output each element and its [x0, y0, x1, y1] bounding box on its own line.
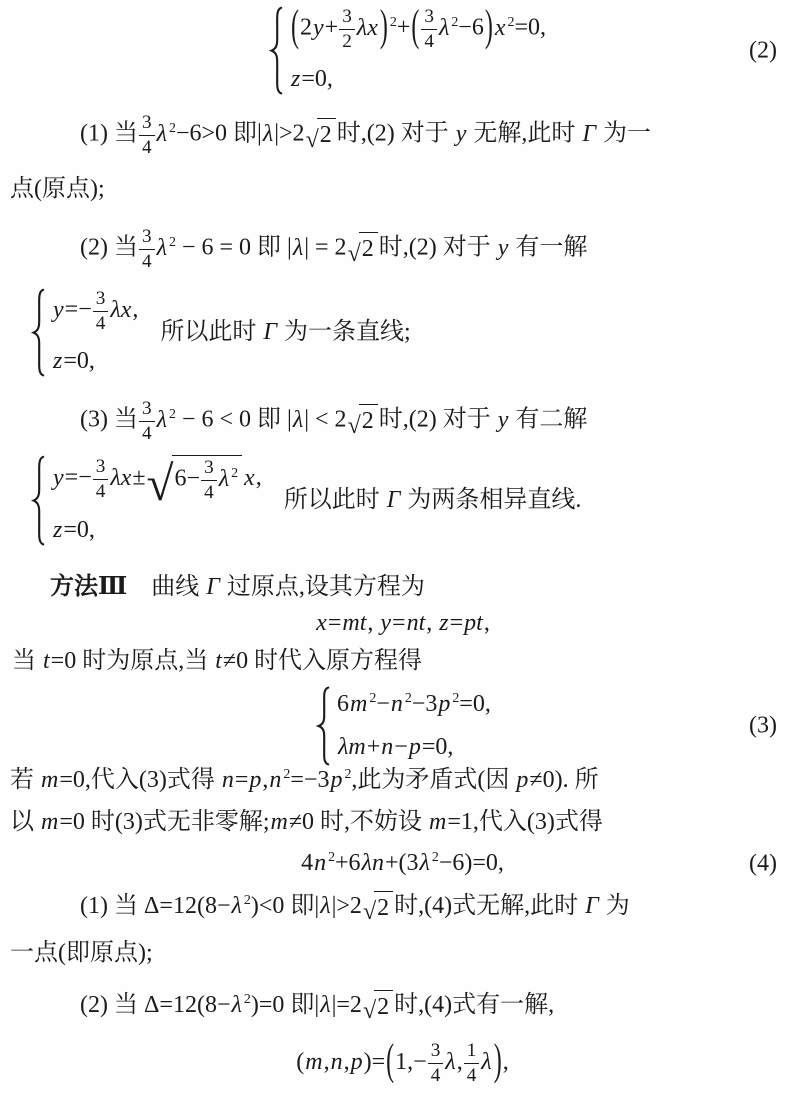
math-variable: t [214, 648, 223, 674]
math-variable: λ [156, 235, 168, 261]
text-line: (2) 当 Δ=12(8−λ2)=0 即|λ|=2√2时,(4)式有一解, [0, 990, 805, 1023]
superscript: 2 [243, 992, 251, 1007]
text-line: 若 m=0,代入(3)式得 n=p,n2=−3p2,此为矛盾式(因 p≠0). … [0, 765, 805, 796]
square-root: √2 [348, 404, 378, 437]
numerator: 3 [428, 1040, 444, 1063]
equation-row: 6m2−n2−3p2=0, [337, 689, 491, 720]
math-variable: λm [337, 734, 367, 760]
superscript: 2 [327, 850, 335, 865]
equation-row: z=0, [290, 64, 333, 95]
cases-equation-system: y=−34λx±√6−34λ2x,z=0,所以此时 Γ 为两条相异直线. [0, 455, 805, 546]
math-variable: n [330, 1049, 344, 1075]
denominator: 4 [421, 29, 437, 53]
math-variable: λ [292, 235, 304, 261]
equation-number: (3) [749, 710, 777, 741]
cases-group: (2y+32λx)2+(34λ2−6)x2=0,z=0, [268, 6, 546, 95]
square-root: √2 [363, 990, 393, 1023]
left-brace-icon [30, 455, 46, 546]
math-variable: n [313, 850, 327, 876]
big-paren: ) [379, 0, 389, 56]
big-paren: ( [385, 1033, 395, 1091]
math-variable: y [497, 235, 510, 261]
math-variable: z [290, 66, 301, 92]
math-variable: n [268, 767, 282, 793]
math-variable: Γ [584, 893, 600, 919]
superscript: 2 [230, 466, 238, 481]
math-variable: n [380, 734, 394, 760]
math-variable: Γ [205, 574, 221, 600]
cases-equation-system: y=−34λx,z=0,所以此时 Γ 为一条直线; [0, 288, 805, 377]
math-variable: p [248, 767, 262, 793]
side-note: 所以此时 Γ 为一条直线; [160, 317, 410, 348]
square-root: √2 [306, 118, 336, 151]
text-line: 方法Ⅲ 曲线 Γ 过原点,设其方程为 [0, 572, 805, 603]
radicand: 2 [374, 891, 393, 924]
left-brace [268, 6, 284, 95]
superscript: 2 [168, 407, 176, 422]
math-variable: λ [230, 992, 242, 1018]
math-variable: λ [438, 15, 450, 41]
math-variable: y [379, 610, 392, 636]
equation-row: z=0, [52, 515, 95, 546]
math-variable: λ [156, 121, 168, 147]
superscript: 2 [404, 691, 412, 706]
math-variable: y [52, 465, 65, 491]
radicand: 2 [317, 118, 336, 151]
denominator: 4 [139, 421, 155, 445]
display-equation: 4n2+6λn+(3λ2−6)=0,(4) [0, 848, 805, 879]
fraction: 34 [93, 456, 109, 502]
big-paren: ( [410, 0, 420, 56]
equation-rows: y=−34λx±√6−34λ2x,z=0, [52, 455, 262, 546]
math-variable: Γ [262, 319, 278, 345]
cases-group: y=−34λx,z=0,所以此时 Γ 为一条直线; [30, 288, 411, 377]
numerator: 3 [139, 226, 155, 249]
denominator: 4 [93, 311, 109, 335]
equation-number: (2) [749, 35, 777, 66]
superscript: 2 [168, 121, 176, 136]
math-variable: λx [109, 465, 132, 491]
superscript: 2 [451, 691, 459, 706]
big-paren: ) [484, 0, 494, 56]
math-variable: p [515, 767, 529, 793]
left-brace-icon [30, 288, 46, 377]
radical-icon: √ [147, 455, 174, 503]
math-variable: λx [109, 297, 132, 323]
math-variable: y [52, 297, 65, 323]
superscript: 2 [431, 850, 439, 865]
big-paren: ( [290, 0, 300, 56]
superscript: 2 [243, 893, 251, 908]
left-brace-icon [315, 686, 331, 766]
math-variable: p [329, 767, 343, 793]
denominator: 4 [428, 1063, 444, 1087]
math-variable: λn [361, 850, 385, 876]
cases-equation-system: (2y+32λx)2+(34λ2−6)x2=0,z=0,(2) [0, 6, 805, 95]
math-variable: y [497, 407, 510, 433]
math-variable: n [390, 691, 404, 717]
math-variable: z [52, 517, 63, 543]
fraction: 34 [139, 226, 155, 272]
text-line: (1) 当 Δ=12(8−λ2)<0 即|λ|>2√2时,(4)式无解,此时 Γ… [0, 891, 805, 924]
numerator: 3 [93, 288, 109, 311]
math-variable: x [494, 15, 507, 41]
numerator: 1 [464, 1040, 480, 1063]
math-variable: λ [292, 407, 304, 433]
cases-equation-system: 6m2−n2−3p2=0,λm+n−p=0,(3) [0, 686, 805, 766]
math-variable: λ [156, 407, 168, 433]
equation-row: z=0, [52, 346, 95, 377]
equation-row: (2y+32λx)2+(34λ2−6)x2=0, [290, 6, 546, 52]
superscript: 2 [450, 15, 458, 30]
fraction: 34 [93, 288, 109, 334]
math-document-page: (2y+32λx)2+(34λ2−6)x2=0,z=0,(2)(1) 当34λ2… [0, 0, 805, 1104]
math-variable: n [221, 767, 235, 793]
big-paren: ) [493, 1033, 503, 1091]
math-variable: y [455, 121, 468, 147]
side-note: 所以此时 Γ 为两条相异直线. [284, 485, 582, 516]
equation-rows: 6m2−n2−3p2=0,λm+n−p=0, [337, 689, 491, 763]
math-variable: p [437, 691, 451, 717]
text-line: 一点(即原点); [0, 938, 805, 969]
denominator: 2 [339, 29, 355, 53]
left-brace-icon [268, 6, 284, 95]
denominator: 4 [139, 249, 155, 273]
numerator: 3 [93, 456, 109, 479]
denominator: 4 [201, 480, 217, 504]
equation-row: y=−34λx±√6−34λ2x, [52, 455, 262, 503]
math-variable: z [52, 348, 63, 374]
fraction: 32 [339, 6, 355, 52]
display-equation: (m,n,p)=(1,−34λ,14λ), [0, 1040, 805, 1086]
superscript: 2 [343, 767, 351, 782]
math-variable: Γ [581, 121, 597, 147]
equation: 4n2+6λn+(3λ2−6)=0, [301, 850, 504, 876]
fraction: 34 [139, 398, 155, 444]
fraction: 34 [428, 1040, 444, 1086]
denominator: 4 [139, 135, 155, 159]
math-variable: λ [319, 893, 331, 919]
fraction: 34 [139, 112, 155, 158]
math-variable: λ [319, 992, 331, 1018]
math-variable: nt [406, 610, 427, 636]
equation: x=mt, y=nt, z=pt, [315, 610, 490, 636]
equation-row: λm+n−p=0, [337, 732, 453, 763]
bold-text: 方法Ⅲ [50, 574, 127, 600]
denominator: 4 [93, 479, 109, 503]
math-variable: λx [356, 15, 379, 41]
math-variable: λ [480, 1049, 492, 1075]
superscript: 2 [168, 235, 176, 250]
math-variable: t [42, 648, 51, 674]
math-variable: λ [218, 466, 230, 492]
math-variable: x [315, 610, 328, 636]
math-variable: pt [463, 610, 484, 636]
math-variable: λ [419, 850, 431, 876]
math-variable: y [312, 15, 325, 41]
numerator: 3 [201, 457, 217, 480]
cases-group: y=−34λx±√6−34λ2x,z=0,所以此时 Γ 为两条相异直线. [30, 455, 581, 546]
math-variable: p [350, 1049, 364, 1075]
display-equation: x=mt, y=nt, z=pt, [0, 608, 805, 639]
square-root: √6−34λ2 [147, 455, 243, 503]
text-line: (2) 当34λ2 − 6 = 0 即 |λ| = 2√2时,(2) 对于 y … [0, 226, 805, 272]
math-variable: λ [444, 1049, 456, 1075]
superscript: 2 [282, 767, 290, 782]
cases-group: 6m2−n2−3p2=0,λm+n−p=0, [315, 686, 491, 766]
fraction: 34 [421, 6, 437, 52]
math-variable: z [438, 610, 449, 636]
math-variable: m [40, 767, 59, 793]
math-variable: mt [341, 610, 367, 636]
radicand: 6−34λ2 [172, 455, 243, 503]
text-line: 点(原点); [0, 174, 805, 205]
text-line: (3) 当34λ2 − 6 < 0 即 |λ| < 2√2时,(2) 对于 y … [0, 398, 805, 444]
square-root: √2 [363, 891, 393, 924]
numerator: 3 [421, 6, 437, 29]
equation-rows: y=−34λx,z=0, [52, 288, 138, 377]
fraction: 14 [464, 1040, 480, 1086]
square-root: √2 [348, 232, 378, 265]
radicand: 2 [359, 404, 378, 437]
math-variable: m [428, 809, 447, 835]
left-brace [30, 288, 46, 377]
math-variable: λ [230, 893, 242, 919]
numerator: 3 [139, 398, 155, 421]
superscript: 2 [389, 15, 397, 30]
equation-number: (4) [749, 848, 777, 879]
math-variable: Γ [386, 487, 402, 513]
radicand: 2 [374, 990, 393, 1023]
superscript: 2 [368, 691, 376, 706]
equation-row: y=−34λx, [52, 288, 138, 334]
numerator: 3 [339, 6, 355, 29]
text-line: (1) 当34λ2−6>0 即|λ|>2√2时,(2) 对于 y 无解,此时 Γ… [0, 112, 805, 158]
math-variable: p [408, 734, 422, 760]
math-variable: m [40, 809, 59, 835]
text-line: 当 t=0 时为原点,当 t≠0 时代入原方程得 [0, 646, 805, 677]
left-brace [30, 455, 46, 546]
math-variable: m [349, 691, 368, 717]
radicand: 2 [359, 232, 378, 265]
denominator: 4 [464, 1063, 480, 1087]
text-line: 以 m=0 时(3)式无非零解;m≠0 时,不妨设 m=1,代入(3)式得 [0, 807, 805, 838]
math-variable: x [243, 465, 256, 491]
numerator: 3 [139, 112, 155, 135]
left-brace [315, 686, 331, 766]
fraction: 34 [201, 457, 217, 503]
math-variable: m [304, 1049, 323, 1075]
math-variable: m [270, 809, 289, 835]
math-variable: λ [262, 121, 274, 147]
superscript: 2 [507, 15, 515, 30]
equation-rows: (2y+32λx)2+(34λ2−6)x2=0,z=0, [290, 6, 546, 95]
equation: (m,n,p)=(1,−34λ,14λ), [296, 1049, 508, 1075]
